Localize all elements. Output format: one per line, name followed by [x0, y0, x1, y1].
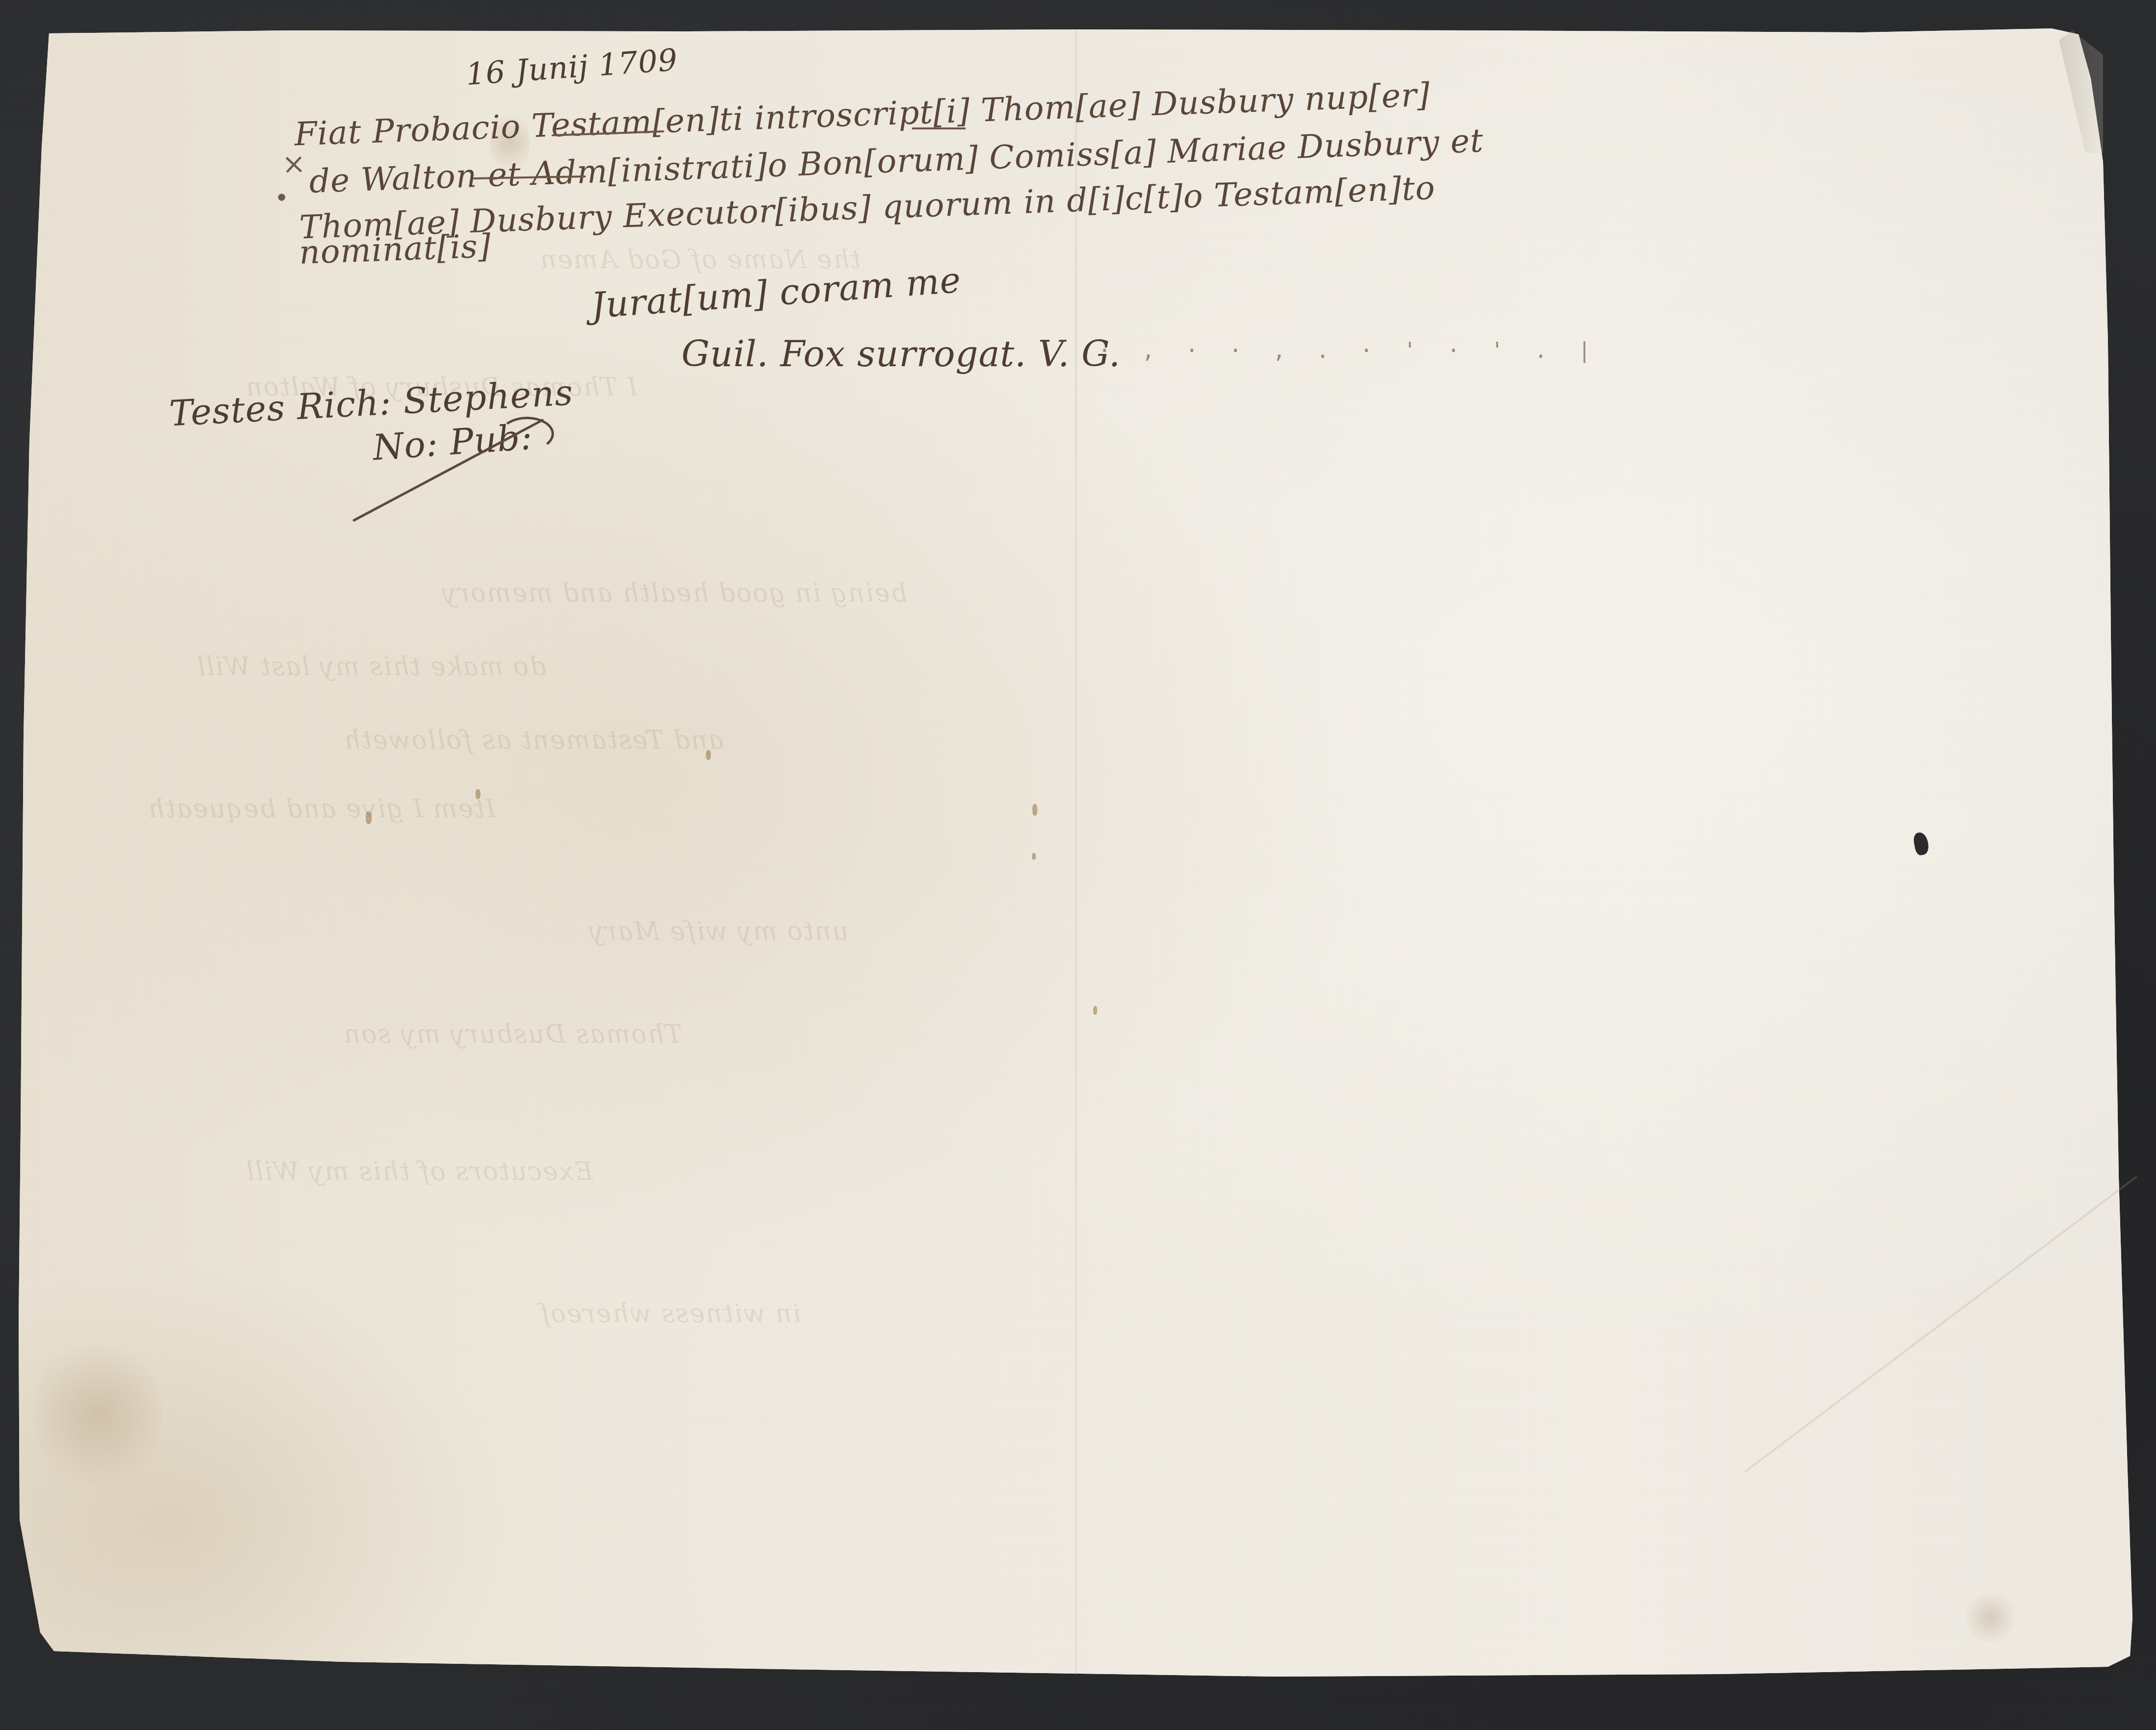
surrogate-signature: Guil. Fox surrogat. V. G. — [681, 333, 1121, 375]
endorsement-line-4: nominat[is] — [299, 227, 492, 272]
bleed-through-line: Item I give and bequeath — [147, 794, 496, 824]
bleed-through-line: being in good health and memory — [441, 578, 907, 608]
center-fold — [1075, 30, 1078, 1675]
notary-flourish — [500, 417, 554, 451]
bleed-through-line: Thomas Dusbury my son — [343, 1020, 682, 1049]
fleck — [1032, 804, 1037, 816]
ink-transfer-specks: · , · · , . · ' · ' . | — [1098, 338, 1600, 363]
margin-mark-dot: • — [274, 183, 290, 212]
underline-stroke — [912, 127, 966, 129]
bleed-through-line: do make this my last Will — [196, 652, 546, 681]
margin-mark-x: × — [281, 147, 307, 181]
bleed-through-line: Executors of this my Will — [245, 1157, 593, 1186]
fleck — [1093, 1006, 1097, 1015]
stain — [1961, 1593, 2020, 1642]
stain — [34, 1333, 162, 1495]
bleed-through-line: in witness whereof — [539, 1299, 801, 1329]
bleed-through-line: unto my wife Mary — [588, 917, 849, 946]
bleed-through-line: and Testament as followeth — [343, 726, 724, 755]
fleck — [1032, 853, 1036, 860]
